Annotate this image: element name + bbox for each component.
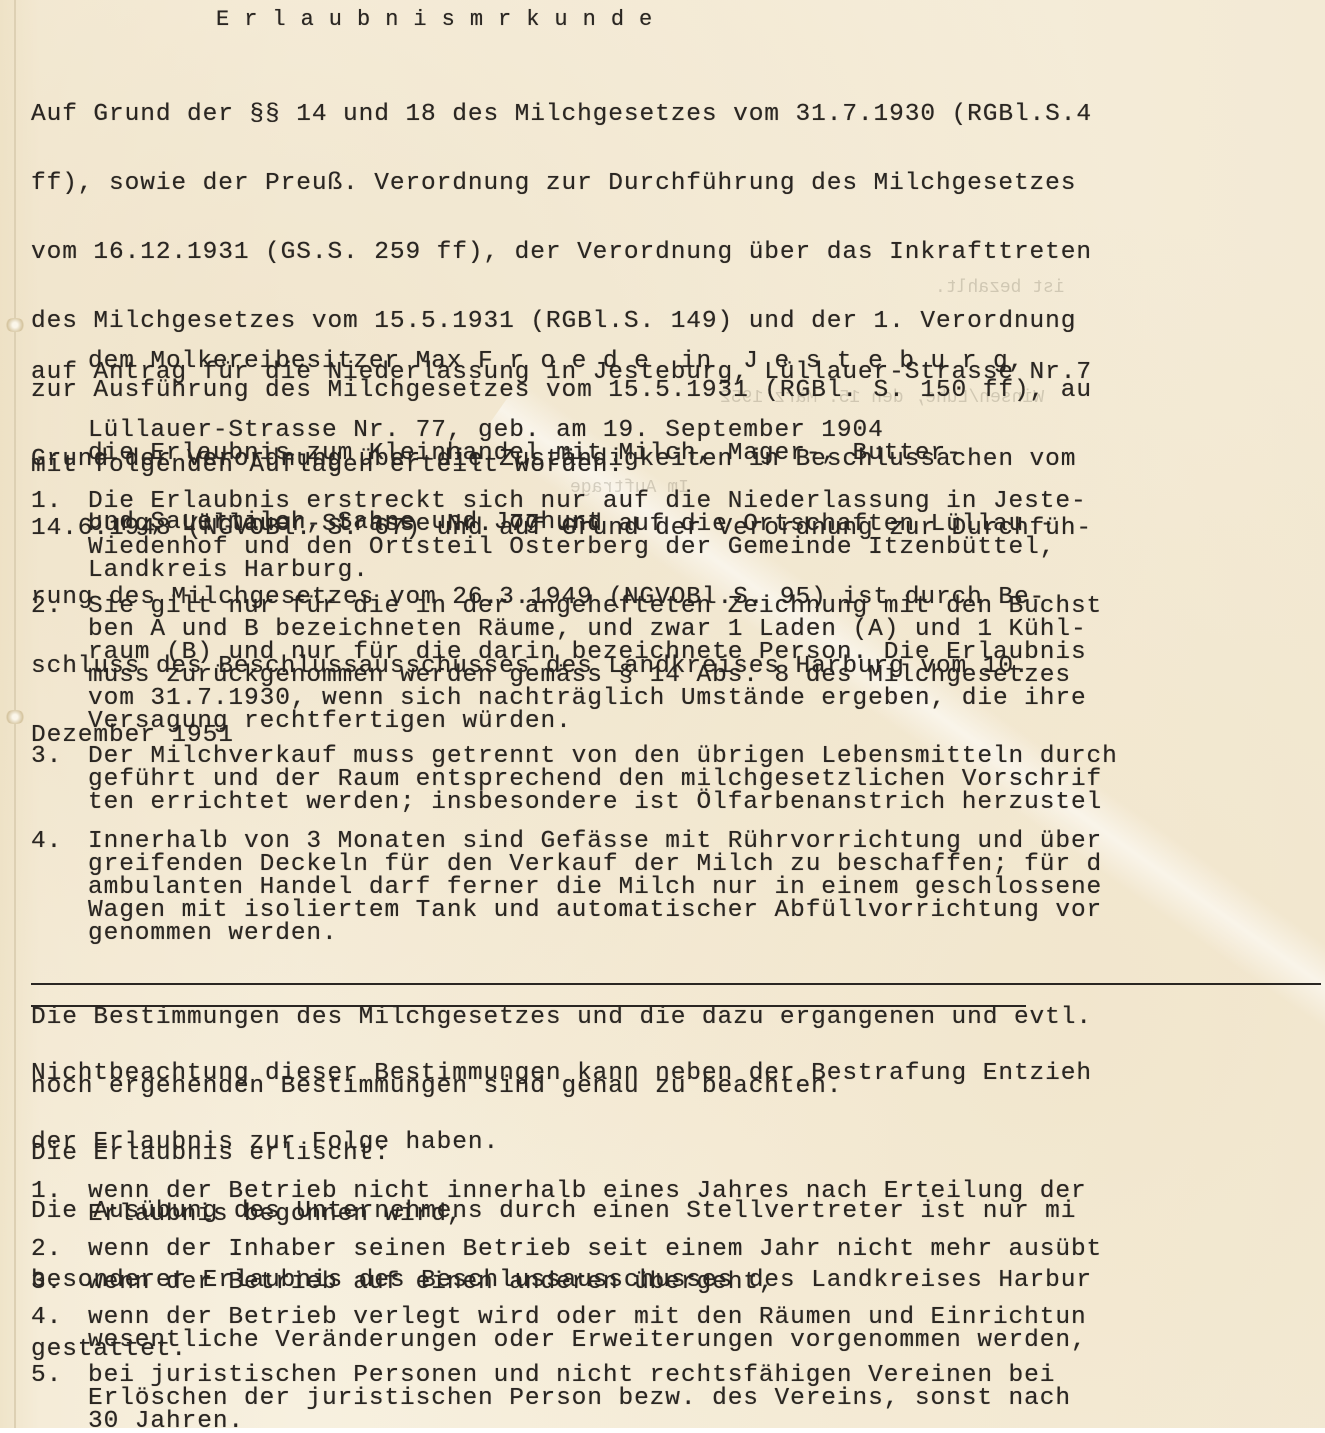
expiry-item: wenn der Inhaber seinen Betrieb seit ein… — [88, 1238, 1102, 1261]
condition-item-line: geführt und der Raum entsprechend den mi… — [88, 768, 1118, 791]
condition-item-line: greifenden Deckeln für den Verkauf der M… — [88, 853, 1102, 876]
expiry-item: wenn der Betrieb auf einen anderen überg… — [88, 1271, 775, 1294]
expiry-item-line: wenn der Betrieb auf einen anderen überg… — [88, 1271, 775, 1294]
expiry-item-line: Erlöschen der juristischen Person bezw. … — [88, 1387, 1071, 1410]
expiry-item-line: Erlaubnis begonnen wird, — [88, 1203, 1087, 1226]
staple-hole — [4, 710, 26, 724]
expiry-item-number: 3. — [31, 1271, 62, 1294]
expiry-item-line: bei juristischen Personen und nicht rech… — [88, 1364, 1071, 1387]
notice-underline — [31, 983, 1321, 985]
expiry-item-line: wenn der Betrieb nicht innerhalb eines J… — [88, 1180, 1087, 1203]
condition-item-line: burg, Lüllauer-Strasse Nr. 77 und auf di… — [88, 513, 1087, 536]
conditions-intro: mit folgenden Auflagen erteilt worden: — [31, 454, 624, 477]
document-title: Erlaubnismrkunde — [216, 8, 667, 31]
condition-item-line: ten errichtet werden; insbesondere ist Ö… — [88, 791, 1118, 814]
condition-item-line: ambulanten Handel darf ferner die Milch … — [88, 876, 1102, 899]
condition-item-line: Wiedenhof und den Ortsteil Osterberg der… — [88, 536, 1087, 559]
preamble-line: ff), sowie der Preuß. Verordnung zur Dur… — [31, 172, 1092, 195]
condition-item-line: Die Erlaubnis erstreckt sich nur auf die… — [88, 490, 1087, 513]
condition-item-line: vom 31.7.1930, wenn sich nachträglich Um… — [88, 687, 1102, 710]
staple-hole — [4, 318, 26, 332]
condition-item-line: muss zurückgenommen werden gemäss § 14 A… — [88, 664, 1102, 687]
application-line: auf Antrag für die Niederlassung in Jest… — [31, 361, 1092, 384]
preamble-line: vom 16.12.1931 (GS.S. 259 ff), der Veror… — [31, 241, 1092, 264]
preamble-line: Auf Grund der §§ 14 und 18 des Milchgese… — [31, 103, 1092, 126]
expiry-item-number: 5. — [31, 1364, 62, 1387]
condition-item-line: Innerhalb von 3 Monaten sind Gefässe mit… — [88, 830, 1102, 853]
expiry-item-number: 4. — [31, 1306, 62, 1329]
condition-item-number: 2. — [31, 595, 62, 618]
condition-item-number: 1. — [31, 490, 62, 513]
expiry-item-line: wesentliche Veränderungen oder Erweiteru… — [88, 1329, 1087, 1352]
condition-item-line: Sie gilt nur für die in der angehefteten… — [88, 595, 1102, 618]
expiry-item: wenn der Betrieb verlegt wird oder mit d… — [88, 1306, 1087, 1352]
condition-item-line: Der Milchverkauf muss getrennt von den ü… — [88, 745, 1118, 768]
condition-item-line: raum (B) und nur für die darin bezeichne… — [88, 641, 1102, 664]
condition-item: Die Erlaubnis erstreckt sich nur auf die… — [88, 490, 1087, 582]
expiry-item-line: 30 Jahren. — [88, 1410, 1071, 1428]
condition-item: Innerhalb von 3 Monaten sind Gefässe mit… — [88, 830, 1102, 945]
condition-item-number: 3. — [31, 745, 62, 768]
condition-item: Der Milchverkauf muss getrennt von den ü… — [88, 745, 1118, 814]
expiry-item-line: wenn der Inhaber seinen Betrieb seit ein… — [88, 1238, 1102, 1261]
notice-underline — [31, 1005, 1026, 1007]
condition-item: Sie gilt nur für die in der angehefteten… — [88, 595, 1102, 733]
condition-item-line: Wagen mit isoliertem Tank und automatisc… — [88, 899, 1102, 922]
condition-item-line: Versagung rechtfertigen würden. — [88, 710, 1102, 733]
expiry-item-number: 1. — [31, 1180, 62, 1203]
penalty-line: Nichtbeachtung dieser Bestimmungen kann … — [31, 1062, 1092, 1085]
expiry-item: bei juristischen Personen und nicht rech… — [88, 1364, 1071, 1428]
expiry-item: wenn der Betrieb nicht innerhalb eines J… — [88, 1180, 1087, 1226]
condition-item-number: 4. — [31, 830, 62, 853]
condition-item-line: Landkreis Harburg. — [88, 559, 1087, 582]
condition-item-line: genommen werden. — [88, 922, 1102, 945]
expiry-item-line: wenn der Betrieb verlegt wird oder mit d… — [88, 1306, 1087, 1329]
typed-document-page: ist bezahlt. Winsen/Luhe, den 15. März 1… — [0, 0, 1325, 1428]
expiry-intro: Die Erlaubnis erlischt: — [31, 1142, 390, 1165]
expiry-item-number: 2. — [31, 1238, 62, 1261]
condition-item-line: ben A und B bezeichneten Räume, und zwar… — [88, 618, 1102, 641]
